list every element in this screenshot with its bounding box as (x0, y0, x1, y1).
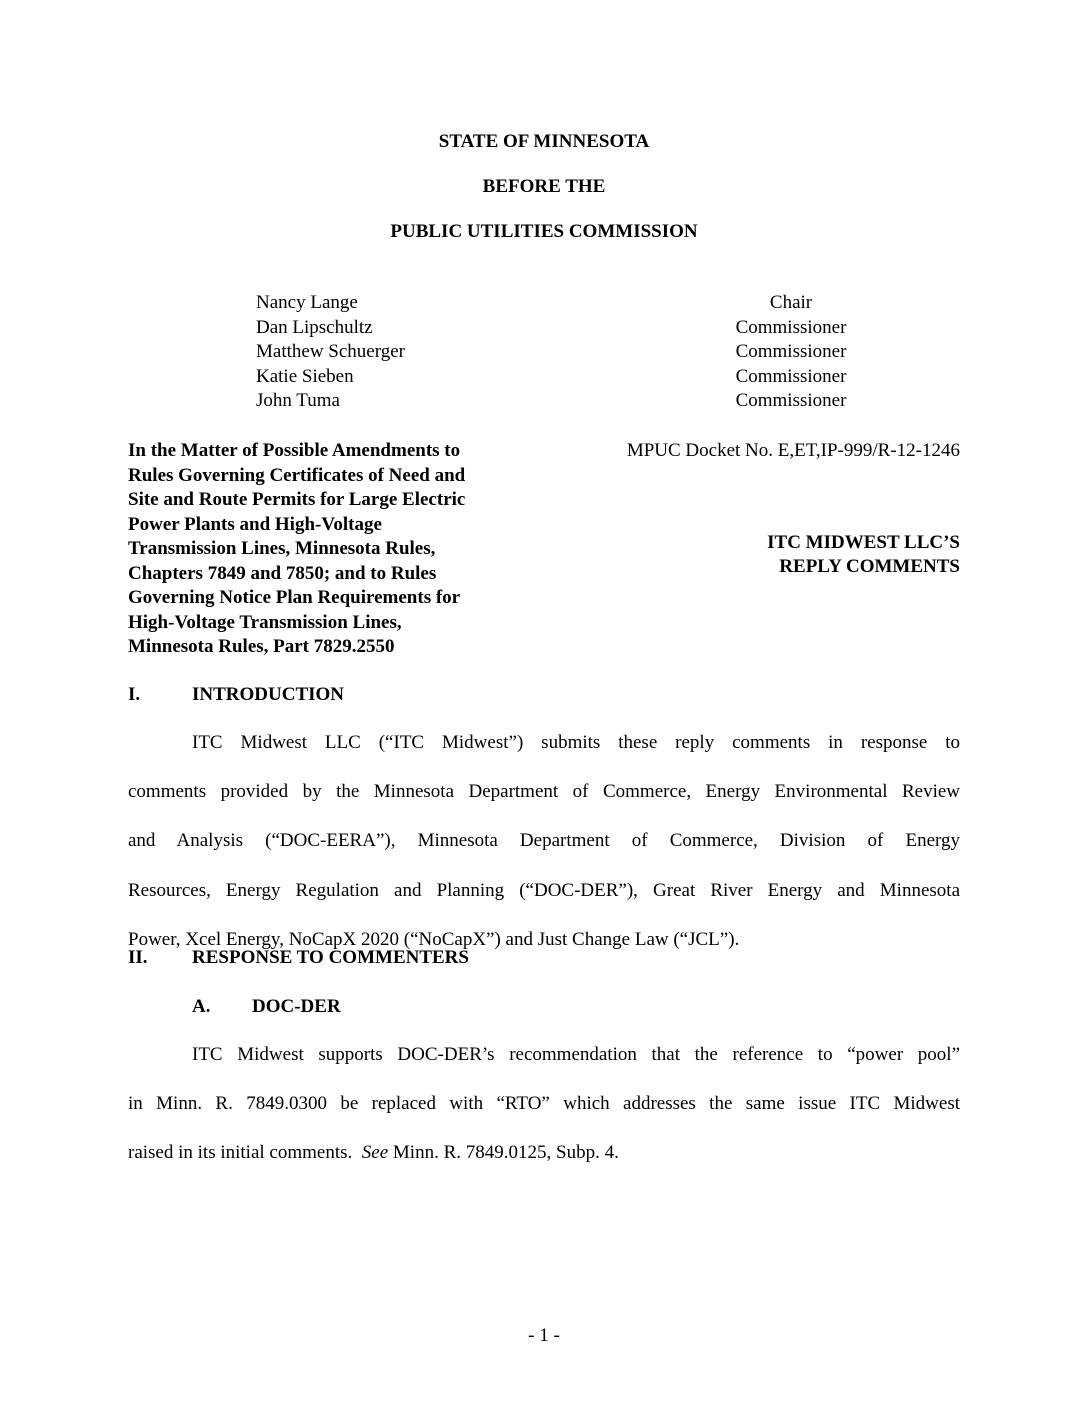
page-number: - 1 - (0, 1325, 1088, 1347)
matter-line: Rules Governing Certificates of Need and (128, 464, 528, 489)
matter-line: Minnesota Rules, Part 7829.2550 (128, 635, 528, 660)
subsection-title: DOC-DER (252, 996, 341, 1017)
commissioner-role: Commissioner (726, 316, 856, 341)
commissioner-row: Matthew Schuerger Commissioner (256, 340, 966, 365)
matter-line: Power Plants and High-Voltage (128, 513, 528, 538)
commissioner-role: Commissioner (726, 340, 856, 365)
matter-line: Chapters 7849 and 7850; and to Rules (128, 562, 528, 587)
matter-caption: In the Matter of Possible Amendments to … (128, 439, 528, 660)
commissioner-role: Commissioner (726, 365, 856, 390)
commissioner-name: Nancy Lange (256, 291, 726, 316)
section-title: INTRODUCTION (192, 684, 344, 705)
matter-line: High-Voltage Transmission Lines, (128, 611, 528, 636)
commissioner-role: Chair (726, 291, 856, 316)
before-heading: BEFORE THE (0, 176, 1088, 198)
matter-line: In the Matter of Possible Amendments to (128, 439, 528, 464)
commission-heading: PUBLIC UTILITIES COMMISSION (0, 221, 1088, 243)
document-title-line: ITC MIDWEST LLC’S (560, 531, 960, 555)
matter-line: Transmission Lines, Minnesota Rules, (128, 537, 528, 562)
introduction-paragraph: ITC Midwest LLC (“ITC Midwest”) submits … (128, 718, 960, 964)
subsection-number: A. (192, 996, 252, 1018)
section-number: I. (128, 684, 192, 706)
commissioner-role: Commissioner (726, 389, 856, 414)
commissioner-name: Matthew Schuerger (256, 340, 726, 365)
section-number: II. (128, 947, 192, 969)
commissioner-name: Dan Lipschultz (256, 316, 726, 341)
section-heading-introduction: I.INTRODUCTION (128, 684, 344, 706)
paragraph-line: raised in its initial comments. (128, 1142, 352, 1163)
paragraph-line: and Analysis (“DOC-EERA”), Minnesota Dep… (128, 816, 960, 865)
section-title: RESPONSE TO COMMENTERS (192, 947, 469, 968)
subsection-heading-doc-der: A.DOC-DER (192, 996, 341, 1018)
commissioner-row: Nancy Lange Chair (256, 291, 966, 316)
commissioner-row: Katie Sieben Commissioner (256, 365, 966, 390)
paragraph-line: ITC Midwest supports DOC-DER’s recommend… (192, 1044, 960, 1065)
document-title: ITC MIDWEST LLC’S REPLY COMMENTS (560, 531, 960, 579)
section-heading-response: II.RESPONSE TO COMMENTERS (128, 947, 469, 969)
paragraph-line: Resources, Energy Regulation and Plannin… (128, 866, 960, 915)
docket-number: MPUC Docket No. E,ET,IP-999/R-12-1246 (560, 439, 960, 464)
commissioner-name: John Tuma (256, 389, 726, 414)
commissioner-row: John Tuma Commissioner (256, 389, 966, 414)
commissioner-row: Dan Lipschultz Commissioner (256, 316, 966, 341)
paragraph-line: in Minn. R. 7849.0300 be replaced with “… (128, 1079, 960, 1128)
document-title-line: REPLY COMMENTS (560, 555, 960, 579)
matter-line: Governing Notice Plan Requirements for (128, 586, 528, 611)
commissioner-name: Katie Sieben (256, 365, 726, 390)
paragraph-line: ITC Midwest LLC (“ITC Midwest”) submits … (192, 732, 960, 753)
matter-line: Site and Route Permits for Large Electri… (128, 488, 528, 513)
citation-signal: See (362, 1142, 388, 1163)
citation: Minn. R. 7849.0125, Subp. 4. (388, 1142, 619, 1163)
doc-der-paragraph: ITC Midwest supports DOC-DER’s recommend… (128, 1030, 960, 1178)
state-heading: STATE OF MINNESOTA (0, 131, 1088, 153)
commissioner-list: Nancy Lange Chair Dan Lipschultz Commiss… (256, 291, 966, 414)
paragraph-line: comments provided by the Minnesota Depar… (128, 767, 960, 816)
